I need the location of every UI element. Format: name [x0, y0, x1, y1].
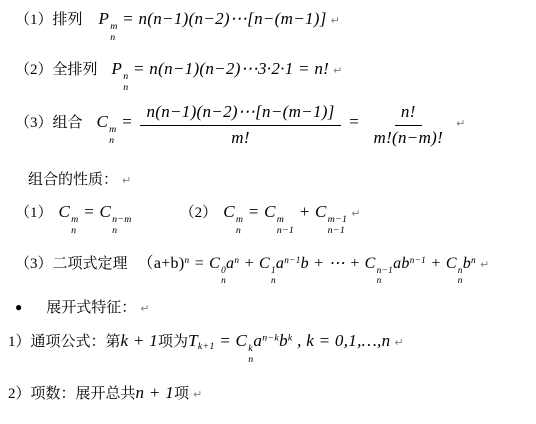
label-text: （1） — [15, 205, 53, 221]
paragraph-mark-icon: ↵ — [394, 336, 403, 349]
subscript: k+1 — [198, 341, 215, 352]
paragraph-mark-icon: ↵ — [480, 258, 489, 271]
math-token: + — [239, 255, 259, 272]
math-token: + — [426, 255, 446, 272]
math-token: + 1 — [128, 331, 158, 350]
math-token: = — [189, 255, 209, 272]
line-binomial-theorem: （3）二项式定理（a+b)n = C0nan + C1nan−1b + ⋯ + … — [0, 250, 536, 286]
math-run: k + 1 — [121, 331, 159, 350]
paragraph-mark-icon: ↵ — [331, 14, 340, 27]
bullet-icon: ● — [15, 300, 22, 314]
paragraph-mark-icon: ↵ — [140, 302, 149, 315]
math-token: = — [79, 202, 100, 221]
fraction-denominator: m! — [225, 126, 256, 148]
script-stack: n−1n — [377, 266, 393, 287]
label-text: （2）全排列 — [15, 62, 98, 78]
math-token: C1n — [259, 255, 276, 272]
superscript: n−1 — [284, 256, 300, 266]
math-token: Pnn — [112, 59, 129, 78]
math-token: = n(n−1)(n−2)⋯[n−(m−1)] — [118, 9, 327, 28]
math-run: Cmn = n(n−1)(n−2)⋯[n−(m−1)]m! = n!m!(n−m… — [97, 112, 453, 131]
math-token: Cmn — [97, 112, 117, 131]
math-run: Tk+1 = Cknan−kbk , k = 0,1,…,n — [188, 331, 390, 350]
label-text: 2）项数：展开总共 — [8, 386, 136, 402]
math-token: + 1 — [144, 383, 174, 402]
line-permutation: （1）排列Pmn = n(n−1)(n−2)⋯[n−(m−1)]↵ — [0, 8, 536, 43]
fraction-numerator: n(n−1)(n−2)⋯[n−(m−1)] — [140, 103, 340, 126]
math-token: Cmn−1 — [264, 202, 294, 221]
math-token: Cmn — [59, 202, 79, 221]
line-combination: （3）组合Cmn = n(n−1)(n−2)⋯[n−(m−1)]m! = n!m… — [0, 101, 536, 146]
document-page: （1）排列Pmn = n(n−1)(n−2)⋯[n−(m−1)]↵ （2）全排列… — [0, 0, 536, 424]
math-token: + — [294, 202, 315, 221]
math-token: = — [344, 112, 365, 131]
script-stack: m−1n−1 — [328, 214, 348, 236]
math-token: Cmn — [223, 202, 243, 221]
math-token: = n(n−1)(n−2)⋯3·2·1 = n! — [128, 59, 329, 78]
math-token: n — [136, 383, 145, 402]
math-token: Cn−mn — [99, 202, 131, 221]
line-expansion-features-heading: ●展开式特征：↵ — [0, 296, 536, 317]
script-stack: mn−1 — [277, 214, 294, 236]
math-token: an−1 — [276, 255, 301, 272]
label-text: （3）二项式定理 — [15, 256, 128, 272]
line-full-permutation: （2）全排列Pnn = n(n−1)(n−2)⋯3·2·1 = n!↵ — [0, 58, 536, 93]
math-token: Cnn — [446, 255, 463, 272]
fraction: n!m!(n−m)! — [368, 103, 450, 147]
script-stack: n−mn — [112, 214, 132, 236]
math-token: = — [243, 202, 264, 221]
line-term-count: 2）项数：展开总共n + 1项↵ — [0, 382, 536, 403]
paragraph-mark-icon: ↵ — [351, 207, 360, 220]
math-token: = — [215, 331, 236, 350]
math-token: Pmn — [99, 9, 118, 28]
label-text: 展开式特征： — [46, 300, 136, 316]
label-text: （2） — [180, 205, 218, 221]
line-combination-properties-heading: 组合的性质：↵ — [0, 168, 536, 189]
math-token: Cn−1n — [365, 255, 393, 272]
superscript: n — [471, 256, 476, 266]
label-text: 组合的性质： — [28, 172, 118, 188]
label-text: 项 — [174, 386, 189, 402]
math-token: n(n−1)(n−2)⋯[n−(m−1)] — [146, 102, 334, 121]
math-run: Cmn = Cmn−1 + Cm−1n−1 — [223, 202, 347, 221]
math-token: b — [301, 255, 309, 272]
math-token: an−k — [253, 331, 279, 350]
math-token: C0n — [209, 255, 226, 272]
math-run: （a+b)n = C0nan + C1nan−1b + ⋯ + Cn−1nabn… — [138, 255, 476, 272]
math-token: , k = 0,1,…,n — [293, 331, 391, 350]
math-run: Pmn = n(n−1)(n−2)⋯[n−(m−1)] — [99, 9, 327, 28]
math-token: bn — [463, 255, 476, 272]
math-run: Pnn = n(n−1)(n−2)⋯3·2·1 = n! — [112, 59, 330, 78]
paragraph-mark-icon: ↵ — [456, 117, 465, 130]
math-token: Cm−1n−1 — [315, 202, 347, 221]
fraction-numerator: n! — [395, 103, 422, 126]
paragraph-mark-icon: ↵ — [122, 174, 131, 187]
script-stack: mn — [109, 124, 116, 146]
label-text: 项为 — [158, 334, 188, 350]
fraction: n(n−1)(n−2)⋯[n−(m−1)]m! — [140, 103, 340, 147]
math-token: + ⋯ + — [309, 255, 365, 272]
script-stack: mn — [110, 21, 117, 43]
math-token: （a+b)n — [138, 255, 190, 272]
line-combination-properties: （1）Cmn = Cn−mn（2）Cmn = Cmn−1 + Cm−1n−1↵ — [0, 201, 536, 236]
math-token: n! — [401, 102, 416, 121]
label-text: （3）组合 — [15, 115, 83, 131]
label-text: （1）排列 — [15, 12, 83, 28]
math-token: an — [226, 255, 239, 272]
paragraph-mark-icon: ↵ — [193, 388, 202, 401]
fraction-denominator: m!(n−m)! — [368, 126, 450, 148]
math-run: Cmn = Cn−mn — [59, 202, 132, 221]
math-token: Tk+1 — [188, 331, 215, 350]
math-token: bk — [279, 331, 292, 350]
script-stack: mn — [71, 214, 78, 236]
label-text: 1）通项公式：第 — [8, 334, 121, 350]
math-run: n + 1 — [136, 383, 174, 402]
math-token: m!(n−m)! — [374, 128, 444, 147]
superscript: n−k — [262, 333, 279, 344]
math-token: Ckn — [236, 331, 254, 350]
superscript: n−1 — [410, 256, 426, 266]
math-token: = — [117, 112, 138, 131]
paragraph-mark-icon: ↵ — [333, 64, 342, 77]
math-token: bn−1 — [401, 255, 426, 272]
math-token: m! — [231, 128, 250, 147]
line-general-term-formula: 1）通项公式：第k + 1项为Tk+1 = Cknan−kbk , k = 0,… — [0, 330, 536, 365]
